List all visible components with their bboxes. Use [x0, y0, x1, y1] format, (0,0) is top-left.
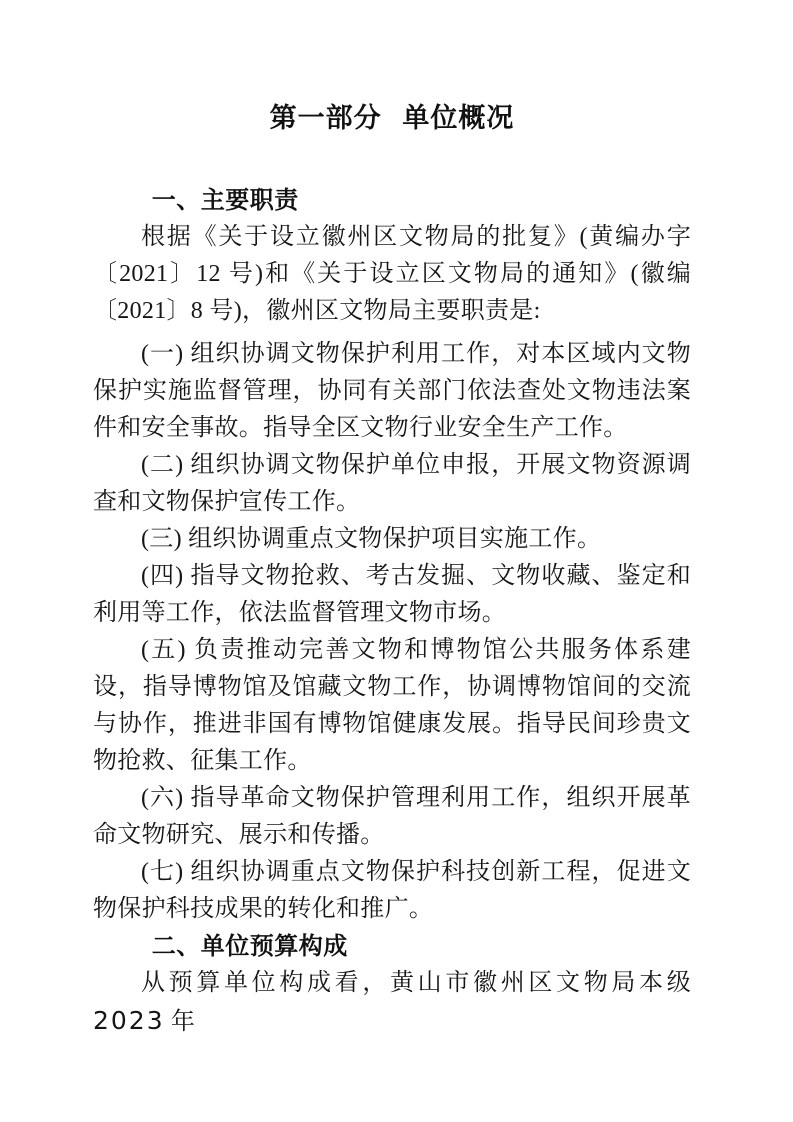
- section-heading-budget-composition: 二、单位预算构成: [93, 928, 691, 965]
- paragraph-duty-4: (四) 指导文物抢救、考古发掘、文物收藏、鉴定和利用等工作，依法监督管理文物市场…: [93, 558, 691, 632]
- paragraph-duty-7: (七) 组织协调重点文物保护科技创新工程，促进文物保护科技成果的转化和推广。: [93, 854, 691, 928]
- paragraph-duty-1: (一) 组织协调文物保护利用工作，对本区域内文物保护实施监督管理，协同有关部门依…: [93, 336, 691, 447]
- page-title: 第一部分 单位概况: [93, 98, 691, 138]
- budget-intro-text: 从预算单位构成看，黄山市徽州区文物局本级: [141, 970, 691, 996]
- paragraph-duty-5: (五) 负责推动完善文物和博物馆公共服务体系建设，指导博物馆及馆藏文物工作，协调…: [93, 632, 691, 780]
- document-page: 第一部分 单位概况 一、主要职责 根据《关于设立徽州区文物局的批复》(黄编办字〔…: [0, 0, 793, 1122]
- paragraph-duty-3: (三) 组织协调重点文物保护项目实施工作。: [93, 521, 691, 558]
- paragraph-budget-intro: 从预算单位构成看，黄山市徽州区文物局本级 2023 年: [93, 965, 691, 1041]
- paragraph-duty-6: (六) 指导革命文物保护管理利用工作，组织开展革命文物研究、展示和传播。: [93, 780, 691, 854]
- paragraph-duty-2: (二) 组织协调文物保护单位申报，开展文物资源调查和文物保护宣传工作。: [93, 447, 691, 521]
- budget-year-unit: 年: [165, 1009, 196, 1035]
- document-body: 一、主要职责 根据《关于设立徽州区文物局的批复》(黄编办字〔2021〕12 号)…: [93, 182, 691, 1041]
- paragraph-legal-basis: 根据《关于设立徽州区文物局的批复》(黄编办字〔2021〕12 号)和《关于设立区…: [93, 219, 691, 330]
- section-heading-main-duties: 一、主要职责: [93, 182, 691, 219]
- budget-year-figure: 2023: [93, 1006, 165, 1035]
